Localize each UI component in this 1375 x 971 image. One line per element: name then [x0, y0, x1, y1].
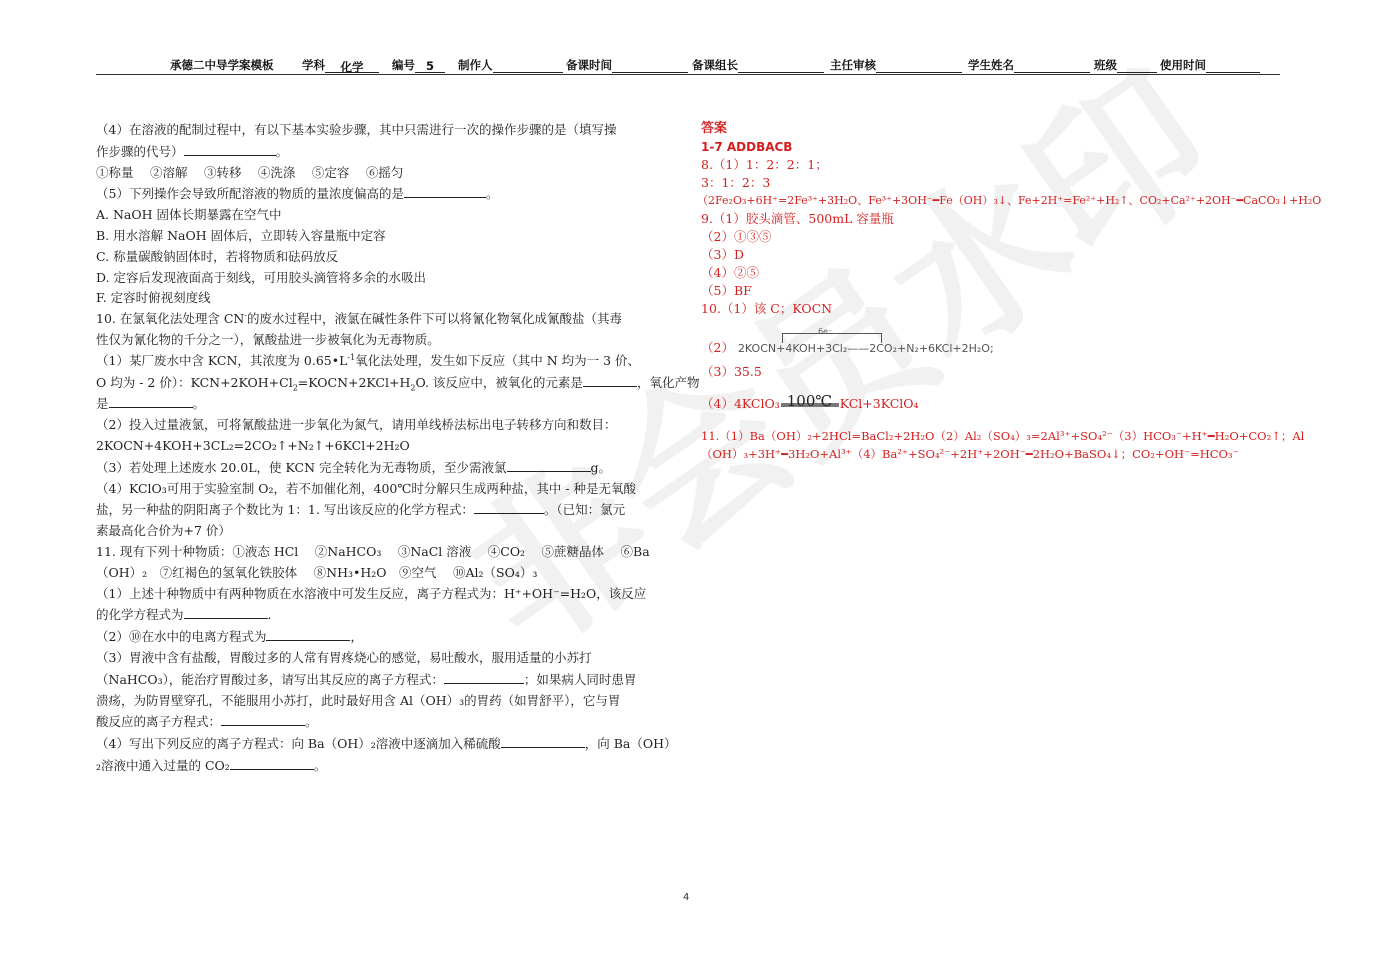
answer-9-3: （3）D: [701, 246, 1291, 264]
answer-blank[interactable]: [404, 183, 486, 198]
q9-4-line2: 作步骤的代号）。: [96, 141, 676, 163]
answer-9-1: 9.（1）胶头滴管、500mL 容量瓶: [701, 210, 1291, 228]
q11-2: （2）⑩在水中的电离方程式为，: [96, 626, 676, 648]
q10-2-line1: （2）投入过量液氯，可将氰酸盐进一步氧化为氮气，请用单线桥法标出电子转移方向和数…: [96, 415, 676, 436]
answer-9-4: （4）②⑤: [701, 264, 1291, 282]
answer-blank[interactable]: [444, 669, 524, 684]
q11-1-line2: 的化学方程式为.: [96, 604, 676, 626]
q10-1-line1: （1）某厂废水中含 KCN，其浓度为 0.65•L-1氧化法处理，发生如下反应（…: [96, 351, 676, 372]
q10-1-line2: O 均为 - 2 价）：KCN+2KOH+Cl2=KOCN+2KCl+H2O. …: [96, 372, 676, 394]
answer-9-2: （2）①③⑤: [701, 228, 1291, 246]
q9-4-line1: （4）在溶液的配制过程中，有以下基本实验步骤，其中只需进行一次的操作步骤的是（填…: [96, 120, 676, 141]
option-f: F. 定容时俯视刻度线: [96, 288, 676, 309]
use-time-field: 使用时间: [1160, 57, 1260, 73]
q10-2-equation: 2KOCN+4KOH+3CL₂=2CO₂↑+N₂↑+6KCl+2H₂O: [96, 436, 676, 457]
answer-11-line2: （OH）₃+3H⁺━3H₂O+Al³⁺（4）Ba²⁺+SO₄²⁻+2H⁺+2OH…: [701, 445, 1291, 463]
q11-1-line1: （1）上述十种物质中有两种物质在水溶液中可发生反应，离子方程式为：H⁺+OH⁻=…: [96, 584, 676, 605]
option-d: D. 定容后发现液面高于刻线，可用胶头滴管将多余的水吸出: [96, 268, 676, 289]
director-field: 主任审核: [830, 57, 962, 73]
q11-3-line1: （3）胃液中含有盐酸，胃酸过多的人常有胃疼烧心的感觉，易吐酸水，服用适量的小苏打: [96, 648, 676, 669]
answer-blank[interactable]: [583, 372, 637, 387]
q11-intro-2: （OH）₂ ⑦红褐色的氢氧化铁胶体 ⑧NH₃•H₂O ⑨空气 ⑩Al₂（SO₄）…: [96, 563, 676, 584]
q10-4-line2: 盐，另一种盐的阴阳离子个数比为 1：1. 写出该反应的化学方程式：。（已知：氯元: [96, 499, 676, 521]
answer-8-3: （2Fe₂O₃+6H⁺=2Fe³⁺+3H₂O、Fe³⁺+3OH⁻━Fe（OH）₃…: [697, 192, 1291, 210]
q11-3-line2: （NaHCO₃），能治疗胃酸过多，请写出其反应的离子方程式：；如果病人同时患胃: [96, 669, 676, 691]
q11-4-line2: ₂溶液中通入过量的 CO₂。: [96, 755, 676, 777]
q10-1-line3: 是。: [96, 393, 676, 415]
answers-column: 答案 1-7 ADDBACB 8.（1）1：2：2：1； 3：1：2：3 （2F…: [701, 120, 1291, 463]
q10-intro-1: 10. 在氯氧化法处理含 CN-的废水过程中，液氯在碱性条件下可以将氰化物氧化成…: [96, 309, 676, 330]
document-header: 承德二中导学案模板 学科化学 编号5 制作人 备课时间 备课组长 主任审核 学生…: [96, 56, 1280, 75]
answer-8-2: 3：1：2：3: [701, 174, 1291, 192]
q10-intro-2: 性仅为氰化物的千分之一），氰酸盐进一步被氧化为无毒物质。: [96, 330, 676, 351]
answer-blank[interactable]: [266, 626, 350, 641]
q10-3: （3）若处理上述废水 20.0L，使 KCN 完全转化为无毒物质，至少需液氯g。: [96, 457, 676, 479]
answer-9-5: （5）BF: [701, 282, 1291, 300]
option-b: B. 用水溶解 NaOH 固体后，立即转入容量瓶中定容: [96, 226, 676, 247]
q9-steps: ①称量 ②溶解 ③转移 ④洗涤 ⑤定容 ⑥摇匀: [96, 163, 676, 184]
answer-blank[interactable]: [184, 604, 268, 619]
prep-time-field: 备课时间: [566, 57, 688, 73]
answer-blank[interactable]: [221, 711, 305, 726]
answers-mc: 1-7 ADDBACB: [701, 138, 1291, 156]
number-field: 编号5: [392, 57, 445, 73]
answer-11-line1: 11.（1）Ba（OH）₂+2HCl=BaCl₂+2H₂O（2）Al₂（SO₄）…: [701, 427, 1291, 445]
answer-10-1: 10.（1）该 C；KOCN: [701, 300, 1291, 318]
answer-blank[interactable]: [184, 141, 276, 156]
answer-blank[interactable]: [109, 393, 193, 408]
electron-transfer-equation: 6e⁻ 2KOCN+4KOH+3Cl₂——2CO₂+N₂+6KCl+2H₂O;: [738, 342, 994, 355]
option-a: A. NaOH 固体长期暴露在空气中: [96, 205, 676, 226]
q9-5: （5）下列操作会导致所配溶液的物质的量浓度偏高的是。: [96, 183, 676, 205]
page-number: 4: [683, 892, 689, 903]
student-name-field: 学生姓名: [968, 57, 1090, 73]
answer-8-1: 8.（1）1：2：2：1；: [701, 156, 1291, 174]
answer-blank[interactable]: [474, 499, 544, 514]
group-leader-field: 备课组长: [692, 57, 824, 73]
answer-10-4: （4）4KClO₃100℃KCl+3KClO₄: [701, 387, 1291, 421]
reaction-condition-arrow: 100℃: [781, 403, 839, 407]
questions-column: （4）在溶液的配制过程中，有以下基本实验步骤，其中只需进行一次的操作步骤的是（填…: [96, 120, 676, 777]
q11-3-line3: 溃疡，为防胃壁穿孔，不能服用小苏打，此时最好用含 Al（OH）₃的胃药（如胃舒平…: [96, 691, 676, 712]
answer-10-3: （3）35.5: [701, 359, 1291, 385]
q10-4-line1: （4）KClO₃可用于实验室制 O₂，若不加催化剂，400℃时分解只生成两种盐，…: [96, 479, 676, 500]
class-field: 班级: [1094, 57, 1157, 73]
subject-field: 学科化学: [302, 57, 379, 73]
q11-4-line1: （4）写出下列反应的离子方程式：向 Ba（OH）₂溶液中逐滴加入稀硫酸，向 Ba…: [96, 733, 676, 755]
answer-blank[interactable]: [230, 755, 314, 770]
answer-10-2: （2） 6e⁻ 2KOCN+4KOH+3Cl₂——2CO₂+N₂+6KCl+2H…: [701, 338, 1291, 359]
school-template-label: 承德二中导学案模板: [170, 57, 274, 73]
answers-title: 答案: [701, 120, 1291, 138]
option-c: C. 称量碳酸钠固体时，若将物质和砝码放反: [96, 247, 676, 268]
answer-blank[interactable]: [501, 733, 585, 748]
q10-4-line3: 素最高化合价为+7 价）: [96, 521, 676, 542]
q11-intro-1: 11. 现有下列十种物质：①液态 HCl ②NaHCO₃ ③NaCl 溶液 ④C…: [96, 542, 676, 563]
q11-3-line4: 酸反应的离子方程式：。: [96, 711, 676, 733]
author-field: 制作人: [458, 57, 563, 73]
answer-blank[interactable]: [507, 457, 591, 472]
